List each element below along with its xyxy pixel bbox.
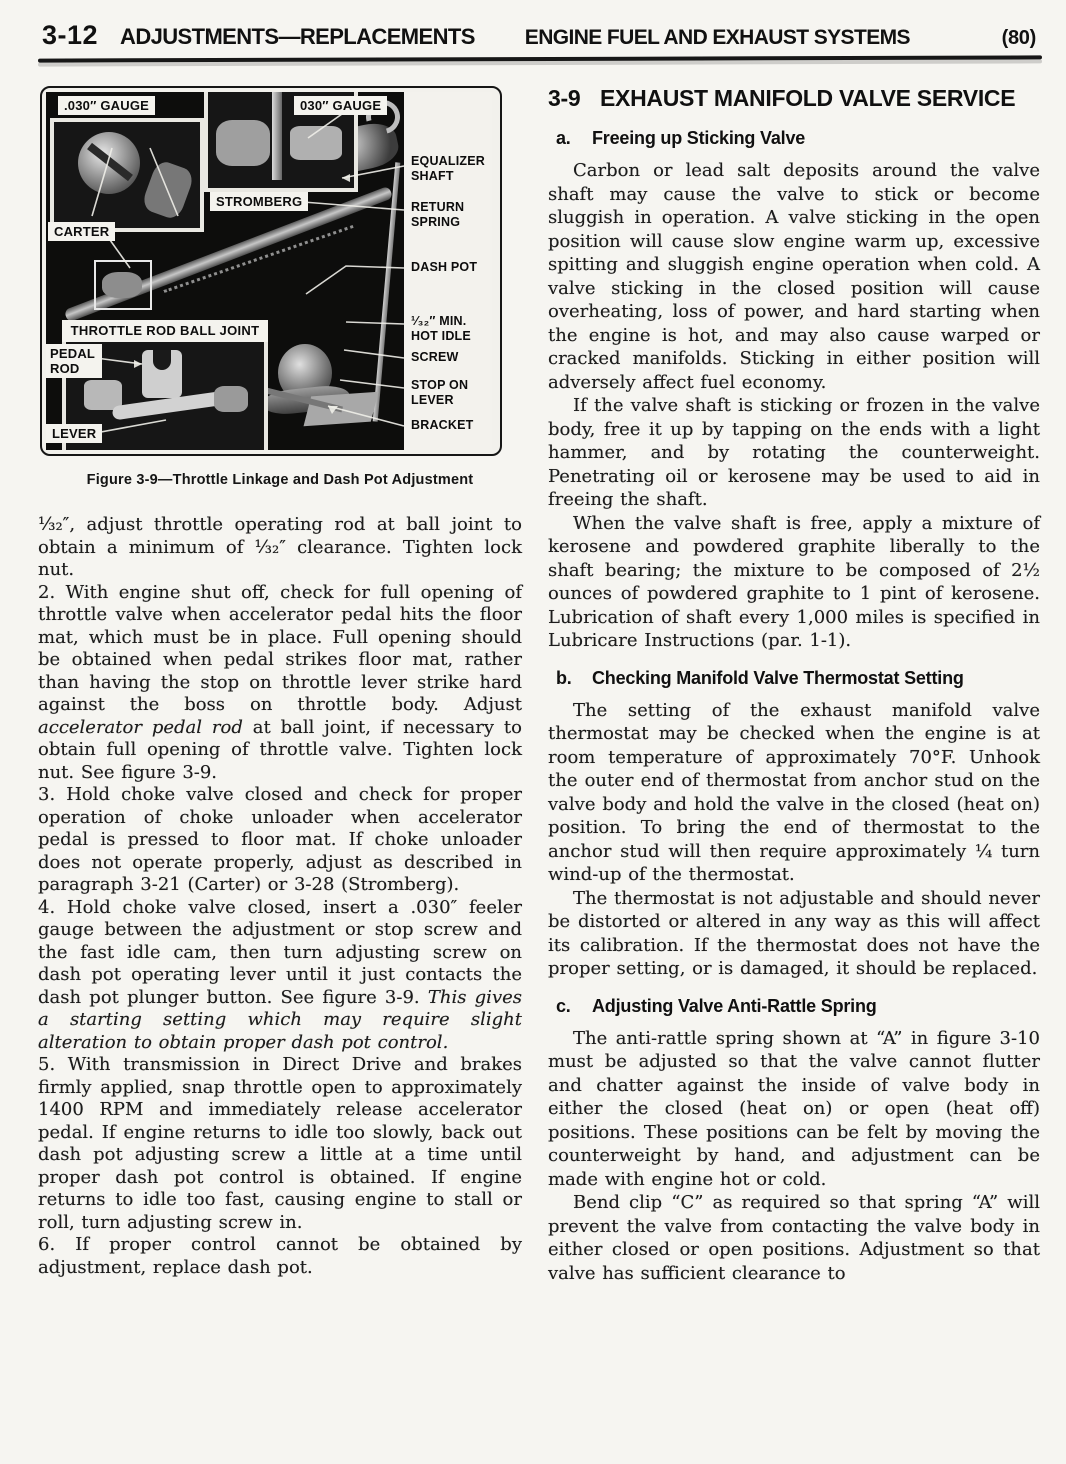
subsection-a-heading: a. Freeing up Sticking Valve xyxy=(548,127,1040,150)
label-stop-on-lever: STOP ON LEVER xyxy=(411,378,489,408)
paragraph-step-5: 5. With transmission in Direct Drive and… xyxy=(38,1054,522,1234)
figure-photo-frame: THROTTLE ROD BALL JOINT .030″ GAUGE 030″… xyxy=(40,86,502,456)
header-title-center: ENGINE FUEL AND EXHAUST SYSTEMS xyxy=(525,26,910,50)
label-bracket: BRACKET xyxy=(411,418,489,433)
machinery-blob xyxy=(140,159,195,222)
manual-page: 3-12 ADJUSTMENTS—REPLACEMENTS ENGINE FUE… xyxy=(0,0,1066,1464)
machinery-blob xyxy=(290,126,342,160)
ball-joint-inset-title: THROTTLE ROD BALL JOINT xyxy=(62,320,268,342)
figure-photo: THROTTLE ROD BALL JOINT .030″ GAUGE 030″… xyxy=(46,92,492,450)
step-2-italic: accelerator pedal rod xyxy=(38,717,243,738)
carter-linkage-blob xyxy=(102,272,142,298)
page-header: 3-12 ADJUSTMENTS—REPLACEMENTS ENGINE FUE… xyxy=(42,20,1036,56)
bolt-shape xyxy=(214,386,248,412)
clevis-notch-shape xyxy=(153,350,171,370)
label-min-hot-idle: ¹⁄₃₂″ MIN. HOT IDLE xyxy=(411,314,489,344)
paragraph-b-2: The thermostat is not adjustable and sho… xyxy=(548,887,1040,981)
figure-3-9: THROTTLE ROD BALL JOINT .030″ GAUGE 030″… xyxy=(38,86,522,488)
label-equalizer-shaft: EQUALIZER SHAFT xyxy=(411,154,489,184)
label-pedal-rod: PEDAL ROD xyxy=(46,344,102,378)
paragraph-step-2: 2. With engine shut off, check for full … xyxy=(38,582,522,785)
paragraph-a-2: If the valve shaft is sticking or frozen… xyxy=(548,394,1040,512)
subsection-b-heading: b. Checking Manifold Valve Thermostat Se… xyxy=(548,667,1040,690)
subsection-a-label: a. xyxy=(548,127,592,150)
header-title-left: ADJUSTMENTS—REPLACEMENTS xyxy=(120,24,475,50)
label-return-spring: RETURN SPRING xyxy=(411,200,489,230)
label-gauge-left: .030″ GAUGE xyxy=(58,96,155,115)
subsection-c-label: c. xyxy=(548,995,592,1018)
right-column: 3-9 EXHAUST MANIFOLD VALVE SERVICE a. Fr… xyxy=(548,84,1040,1285)
page-section-number: 3-12 xyxy=(42,20,98,51)
paragraph-continuation: ¹⁄₃₂″, adjust throttle operating rod at … xyxy=(38,514,522,582)
step-2-text: 2. With engine shut off, check for full … xyxy=(38,582,522,716)
page-number: (80) xyxy=(1002,27,1036,50)
left-column-text: ¹⁄₃₂″, adjust throttle operating rod at … xyxy=(38,514,522,1279)
left-column: THROTTLE ROD BALL JOINT .030″ GAUGE 030″… xyxy=(38,86,522,1279)
label-dash-pot: DASH POT xyxy=(411,260,489,275)
subsection-a-title: Freeing up Sticking Valve xyxy=(592,127,1040,150)
paragraph-step-3: 3. Hold choke valve closed and check for… xyxy=(38,784,522,897)
paragraph-a-1: Carbon or lead salt deposits around the … xyxy=(548,159,1040,394)
label-screw: SCREW xyxy=(411,350,489,365)
paragraph-c-2: Bend clip “C” as required so that spring… xyxy=(548,1191,1040,1285)
section-heading-3-9: 3-9 EXHAUST MANIFOLD VALVE SERVICE xyxy=(548,84,1040,113)
label-stromberg: STROMBERG xyxy=(210,192,308,211)
subsection-c-title: Adjusting Valve Anti-Rattle Spring xyxy=(592,995,1040,1018)
section-number: 3-9 xyxy=(548,84,600,113)
subsection-c-heading: c. Adjusting Valve Anti-Rattle Spring xyxy=(548,995,1040,1018)
label-lever: LEVER xyxy=(46,424,102,443)
figure-caption: Figure 3-9—Throttle Linkage and Dash Pot… xyxy=(38,472,522,488)
paragraph-step-4: 4. Hold choke valve closed, insert a .03… xyxy=(38,897,522,1055)
label-gauge-right: 030″ GAUGE xyxy=(294,96,387,115)
section-title: EXHAUST MANIFOLD VALVE SERVICE xyxy=(600,84,1040,113)
subsection-b-title: Checking Manifold Valve Thermostat Setti… xyxy=(592,667,1040,690)
paragraph-c-1: The anti-rattle spring shown at “A” in f… xyxy=(548,1027,1040,1192)
subsection-b-label: b. xyxy=(548,667,592,690)
figure-label-panel: EQUALIZER SHAFT RETURN SPRING DASH POT ¹… xyxy=(404,92,492,450)
header-rule xyxy=(38,55,1042,62)
paragraph-a-3: When the valve shaft is free, apply a mi… xyxy=(548,512,1040,653)
gauge-rod-shape xyxy=(272,92,282,180)
label-carter: CARTER xyxy=(48,222,115,241)
machinery-blob xyxy=(216,120,270,166)
paragraph-step-6: 6. If proper control cannot be obtained … xyxy=(38,1234,522,1279)
carter-inset xyxy=(50,118,204,232)
paragraph-b-1: The setting of the exhaust manifold valv… xyxy=(548,699,1040,887)
